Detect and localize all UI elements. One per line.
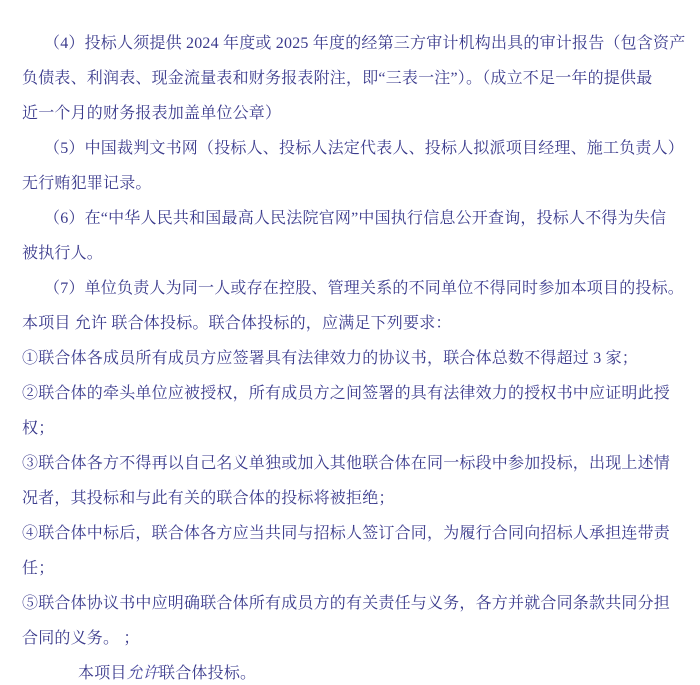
- text-segment: 联合体投标。: [159, 665, 256, 682]
- text-line: （4）投标人须提供 2024 年度或 2025 年度的经第三方审计机构出具的审计…: [22, 26, 684, 61]
- text-segment: 负债表、利润表、现金流量表和财务报表附注，即“三表一注”）。（成立不足一年的提供…: [22, 70, 652, 87]
- text-line: （7）单位负责人为同一人或存在控股、管理关系的不同单位不得同时参加本项目的投标。: [22, 271, 684, 306]
- text-line: 近一个月的财务报表加盖单位公章）: [22, 96, 684, 131]
- text-segment: ②联合体的牵头单位应被授权，所有成员方之间签署的具有法律效力的授权书中应证明此授: [22, 385, 670, 402]
- text-line: 被执行人。: [22, 236, 684, 271]
- emphasized-text: 允许: [127, 665, 159, 682]
- text-segment: （7）单位负责人为同一人或存在控股、管理关系的不同单位不得同时参加本项目的投标。: [44, 280, 684, 297]
- text-segment: 本项目: [78, 665, 127, 682]
- text-line: ①联合体各成员所有成员方应签署具有法律效力的协议书，联合体总数不得超过 3 家；: [22, 341, 684, 376]
- text-segment: 况者，其投标和与此有关的联合体的投标将被拒绝；: [22, 490, 395, 507]
- text-segment: ③联合体各方不得再以自己名义单独或加入其他联合体在同一标段中参加投标，出现上述情: [22, 455, 670, 472]
- text-segment: （6）在“中华人民共和国最高人民法院官网”中国执行信息公开查询，投标人不得为失信: [44, 210, 666, 227]
- text-line: 负债表、利润表、现金流量表和财务报表附注，即“三表一注”）。（成立不足一年的提供…: [22, 61, 684, 96]
- text-segment: 本项目 允许 联合体投标。联合体投标的，应满足下列要求：: [22, 315, 452, 332]
- text-segment: 无行贿犯罪记录。: [22, 175, 152, 192]
- text-line: ②联合体的牵头单位应被授权，所有成员方之间签署的具有法律效力的授权书中应证明此授: [22, 376, 684, 411]
- text-segment: 任；: [22, 560, 54, 577]
- text-line: 本项目允许联合体投标。: [22, 656, 684, 685]
- text-segment: （4）投标人须提供 2024 年度或 2025 年度的经第三方审计机构出具的审计…: [44, 35, 685, 52]
- text-line: （5）中国裁判文书网（投标人、投标人法定代表人、投标人拟派项目经理、施工负责人）: [22, 131, 684, 166]
- text-segment: ①联合体各成员所有成员方应签署具有法律效力的协议书，联合体总数不得超过 3 家；: [22, 350, 638, 367]
- text-segment: （5）中国裁判文书网（投标人、投标人法定代表人、投标人拟派项目经理、施工负责人）: [44, 140, 684, 157]
- text-line: ⑤联合体协议书中应明确联合体所有成员方的有关责任与义务，各方并就合同条款共同分担: [22, 586, 684, 621]
- text-line: 权；: [22, 411, 684, 446]
- text-line: 任；: [22, 551, 684, 586]
- text-line: 无行贿犯罪记录。: [22, 166, 684, 201]
- text-segment: 权；: [22, 420, 54, 437]
- text-segment: 近一个月的财务报表加盖单位公章）: [22, 105, 281, 122]
- text-line: 本项目 允许 联合体投标。联合体投标的，应满足下列要求：: [22, 306, 684, 341]
- text-segment: 被执行人。: [22, 245, 103, 262]
- text-line: ③联合体各方不得再以自己名义单独或加入其他联合体在同一标段中参加投标，出现上述情: [22, 446, 684, 481]
- document-page: （4）投标人须提供 2024 年度或 2025 年度的经第三方审计机构出具的审计…: [0, 0, 700, 685]
- text-line: ④联合体中标后，联合体各方应当共同与招标人签订合同，为履行合同向招标人承担连带责: [22, 516, 684, 551]
- text-line: （6）在“中华人民共和国最高人民法院官网”中国执行信息公开查询，投标人不得为失信: [22, 201, 684, 236]
- text-segment: ④联合体中标后，联合体各方应当共同与招标人签订合同，为履行合同向招标人承担连带责: [22, 525, 670, 542]
- text-segment: ⑤联合体协议书中应明确联合体所有成员方的有关责任与义务，各方并就合同条款共同分担: [22, 595, 670, 612]
- text-line: 合同的义务。 ；: [22, 621, 684, 656]
- text-segment: 合同的义务。 ；: [22, 630, 140, 647]
- text-line: 况者，其投标和与此有关的联合体的投标将被拒绝；: [22, 481, 684, 516]
